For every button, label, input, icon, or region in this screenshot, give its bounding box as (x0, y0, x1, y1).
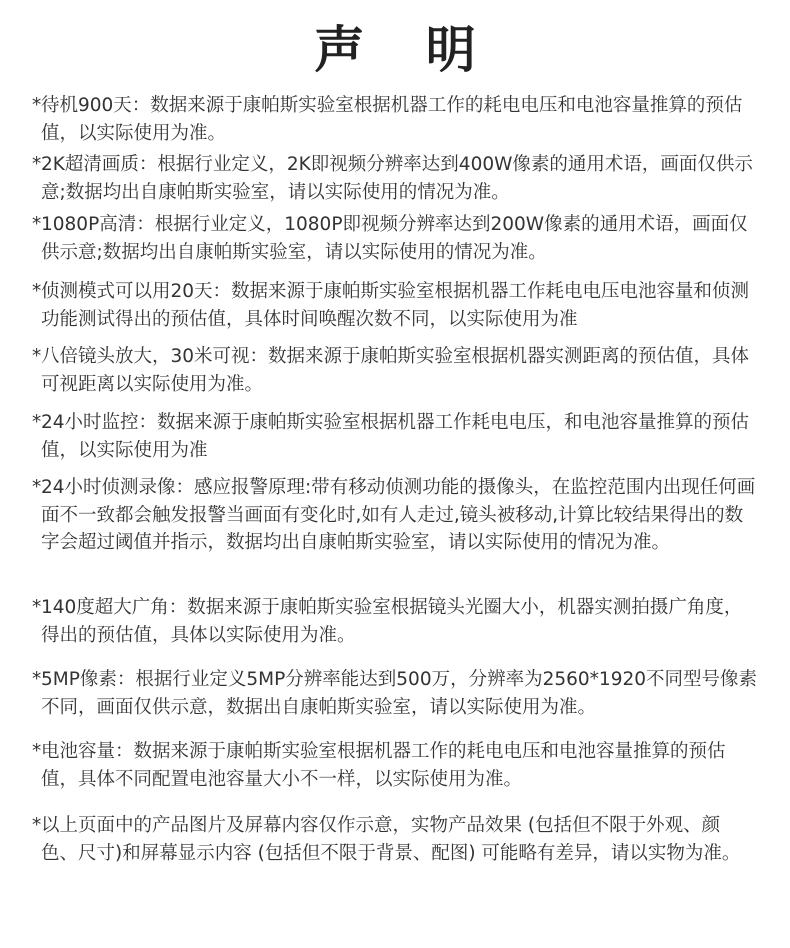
disclaimer-text: 1080P高清：根据行业定义，1080P即视频分辨率达到200W像素的通用术语，… (41, 211, 757, 266)
disclaimer-text: 以上页面中的产品图片及屏幕内容仅作示意，实物产品效果 (包括但不限于外观、颜色、… (41, 812, 757, 867)
asterisk-marker: * (32, 474, 41, 502)
disclaimer-text: 24小时监控：数据来源于康帕斯实验室根据机器工作耗电电压，和电池容量推算的预估值… (41, 409, 757, 464)
disclaimer-images: * 以上页面中的产品图片及屏幕内容仅作示意，实物产品效果 (包括但不限于外观、颜… (32, 812, 757, 867)
disclaimer-text: 侦测模式可以用20天：数据来源于康帕斯实验室根据机器工作耗电电压电池容量和侦测功… (41, 278, 757, 333)
disclaimer-text: 5MP像素：根据行业定义5MP分辨率能达到500万，分辨率为2560*1920不… (41, 666, 757, 721)
disclaimer-text: 24小时侦测录像：感应报警原理:带有移动侦测功能的摄像头，在监控范围内出现任何画… (41, 474, 757, 557)
disclaimer-24h-recording: * 24小时侦测录像：感应报警原理:带有移动侦测功能的摄像头，在监控范围内出现任… (32, 474, 757, 557)
asterisk-marker: * (32, 92, 41, 120)
asterisk-marker: * (32, 211, 41, 239)
asterisk-marker: * (32, 738, 41, 766)
asterisk-marker: * (32, 666, 41, 694)
asterisk-marker: * (32, 594, 41, 622)
disclaimer-text: 电池容量：数据来源于康帕斯实验室根据机器工作的耗电电压和电池容量推算的预估值，具… (41, 738, 757, 793)
disclaimer-text: 待机900天：数据来源于康帕斯实验室根据机器工作的耗电电压和电池容量推算的预估值… (41, 92, 757, 147)
disclaimer-battery: * 电池容量：数据来源于康帕斯实验室根据机器工作的耗电电压和电池容量推算的预估值… (32, 738, 757, 793)
asterisk-marker: * (32, 278, 41, 306)
disclaimer-zoom: * 八倍镜头放大，30米可视：数据来源于康帕斯实验室根据机器实测距离的预估值，具… (32, 343, 757, 398)
asterisk-marker: * (32, 343, 41, 371)
disclaimer-standby: * 待机900天：数据来源于康帕斯实验室根据机器工作的耗电电压和电池容量推算的预… (32, 92, 757, 147)
disclaimer-5mp: * 5MP像素：根据行业定义5MP分辨率能达到500万，分辨率为2560*192… (32, 666, 757, 721)
asterisk-marker: * (32, 812, 41, 840)
asterisk-marker: * (32, 151, 41, 179)
disclaimer-text: 140度超大广角：数据来源于康帕斯实验室根据镜头光圈大小，机器实测拍摄广角度，得… (41, 594, 757, 649)
disclaimer-1080p: * 1080P高清：根据行业定义，1080P即视频分辨率达到200W像素的通用术… (32, 211, 757, 266)
disclaimer-2k: * 2K超清画质：根据行业定义，2K即视频分辨率达到400W像素的通用术语，画面… (32, 151, 757, 206)
disclaimer-text: 八倍镜头放大，30米可视：数据来源于康帕斯实验室根据机器实测距离的预估值，具体可… (41, 343, 757, 398)
page-title: 声 明 (0, 18, 790, 82)
asterisk-marker: * (32, 409, 41, 437)
disclaimer-wide-angle: * 140度超大广角：数据来源于康帕斯实验室根据镜头光圈大小，机器实测拍摄广角度… (32, 594, 757, 649)
disclaimer-24h-monitoring: * 24小时监控：数据来源于康帕斯实验室根据机器工作耗电电压，和电池容量推算的预… (32, 409, 757, 464)
disclaimer-detection-mode: * 侦测模式可以用20天：数据来源于康帕斯实验室根据机器工作耗电电压电池容量和侦… (32, 278, 757, 333)
disclaimer-text: 2K超清画质：根据行业定义，2K即视频分辨率达到400W像素的通用术语，画面仅供… (41, 151, 757, 206)
